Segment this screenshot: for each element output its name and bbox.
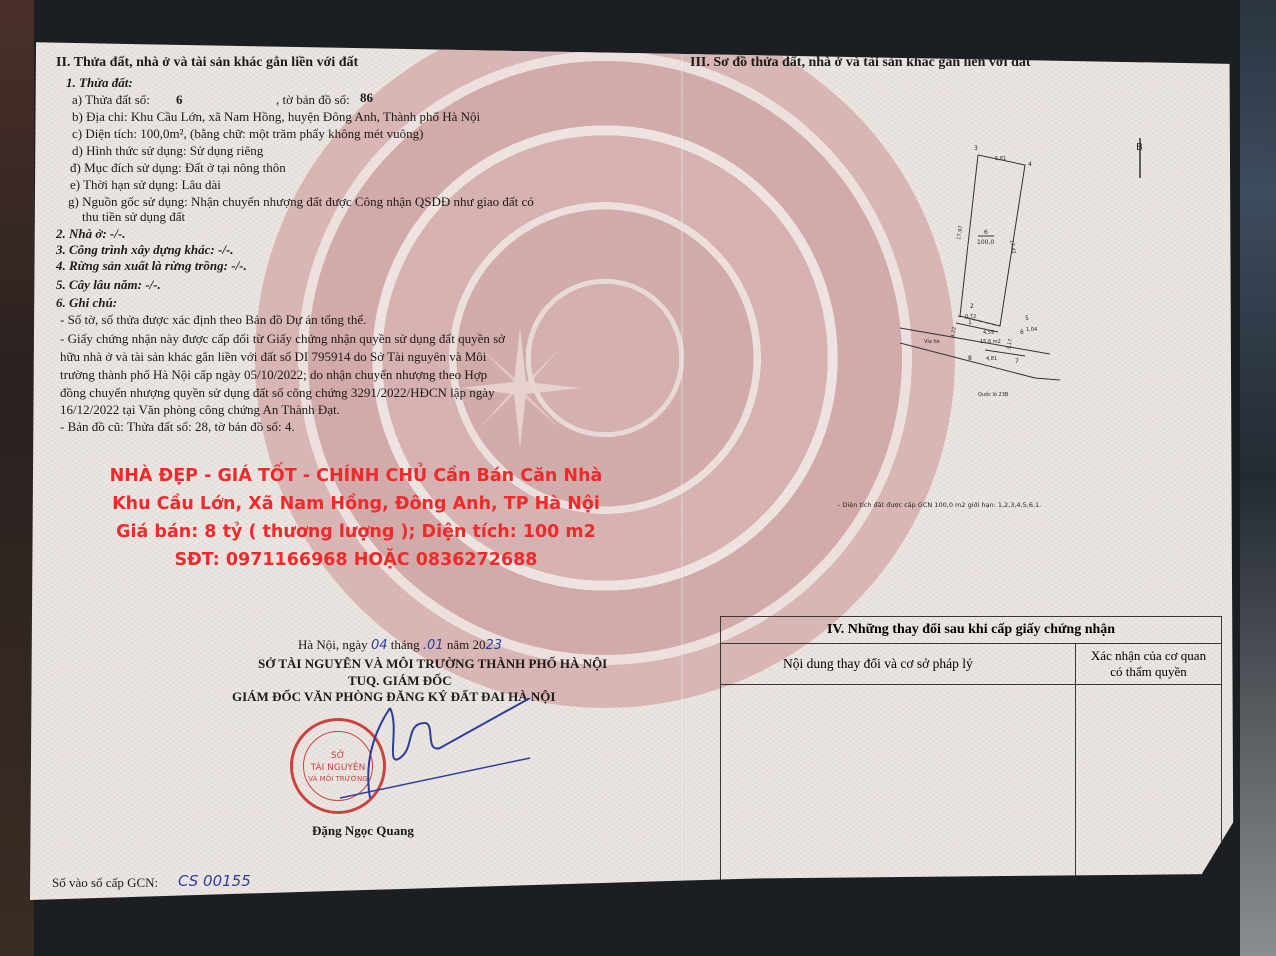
- svg-text:17,97: 17,97: [956, 225, 964, 240]
- signer-name: Đặng Ngọc Quang: [312, 822, 414, 839]
- origin-line-2: thu tiền sử dụng đất: [82, 208, 185, 225]
- svg-text:3: 3: [974, 145, 978, 152]
- svg-text:3,22: 3,22: [950, 326, 958, 338]
- usage-purpose-line: đ) Mục đích sử dụng: Đất ở tại nông thôn: [70, 159, 286, 176]
- house-line: 2. Nhà ở: -/-.: [56, 225, 125, 242]
- background-left: [0, 0, 34, 956]
- handwritten-signature: [330, 698, 550, 818]
- section3-title: III. Sơ đồ thửa đất, nhà ở và tài sản kh…: [690, 54, 1031, 71]
- section2-title: II. Thửa đất, nhà ở và tài sản khác gắn …: [56, 54, 358, 71]
- issue-month: .01: [423, 638, 444, 653]
- svg-text:17,42: 17,42: [1008, 239, 1016, 254]
- north-arrow-icon: B: [1136, 138, 1143, 178]
- svg-text:3,17: 3,17: [1006, 338, 1014, 350]
- map-sheet-label: , tờ bản đồ số:: [276, 91, 350, 108]
- svg-text:1,04: 1,04: [1026, 327, 1037, 333]
- col-authority-confirmation: Xác nhận của cơ quan có thẩm quyền: [1076, 644, 1221, 684]
- issue-year: 23: [485, 638, 502, 653]
- note-line: trường thành phố Hà Nội cấp ngày 05/10/2…: [60, 366, 487, 383]
- sale-advert: NHÀ ĐẸP - GIÁ TỐT - CHÍNH CHỦ Cần Bán Că…: [46, 462, 666, 574]
- map-sheet-value: 86: [360, 89, 373, 106]
- land-certificate-page: II. Thửa đất, nhà ở và tài sản khác gắn …: [30, 38, 1238, 900]
- perennial-line: 5. Cây lâu năm: -/-.: [56, 276, 161, 293]
- area-line: c) Diện tích: 100,0m², (bằng chữ: một tr…: [72, 125, 423, 142]
- registry-value: CS 00155: [178, 873, 251, 890]
- note-line: - Số tờ, số thửa được xác định theo Bản …: [60, 311, 366, 328]
- advert-line-2: Khu Cầu Lớn, Xã Nam Hồng, Đông Anh, TP H…: [46, 490, 666, 518]
- land-heading: 1. Thửa đất:: [66, 74, 133, 91]
- usage-form-line: d) Hình thức sử dụng: Sử dụng riêng: [72, 142, 263, 159]
- changes-table: IV. Những thay đổi sau khi cấp giấy chứn…: [720, 616, 1222, 900]
- changes-table-body: [721, 685, 1221, 897]
- forest-line: 4. Rừng sản xuất là rừng trồng: -/-.: [56, 257, 247, 274]
- other-works-line: 3. Công trình xây dựng khác: -/-.: [56, 241, 234, 258]
- svg-text:4: 4: [1028, 161, 1032, 168]
- proxy-title: TUQ. GIÁM ĐỐC: [348, 672, 452, 689]
- parcel-diagram: B 3 4 5,81 17,97 17,42 6 100,0 2 0,72 1 …: [860, 138, 1160, 418]
- svg-text:8: 8: [968, 355, 972, 362]
- svg-text:15,6 m2: 15,6 m2: [980, 339, 1001, 345]
- authority-cell: [1076, 685, 1221, 897]
- svg-text:6: 6: [1020, 329, 1024, 336]
- address-line: b) Địa chỉ: Khu Cầu Lớn, xã Nam Hồng, hu…: [72, 108, 480, 125]
- svg-text:1: 1: [968, 319, 972, 326]
- col-change-content: Nội dung thay đổi và cơ sở pháp lý: [721, 644, 1076, 684]
- svg-text:5: 5: [1025, 315, 1029, 322]
- svg-text:6: 6: [984, 229, 988, 236]
- svg-text:Quốc lộ 23B: Quốc lộ 23B: [978, 391, 1009, 398]
- registry-label: Số vào sổ cấp GCN:: [52, 874, 158, 891]
- note-line: 16/12/2022 tại Văn phòng công chứng An T…: [60, 401, 340, 418]
- issuing-department: SỞ TÀI NGUYÊN VÀ MÔI TRƯỜNG THÀNH PHỐ HÀ…: [258, 655, 607, 672]
- area-note: - Diện tích đất được cấp GCN 100,0 m2 gi…: [838, 501, 1041, 509]
- issue-day: 04: [371, 638, 388, 653]
- section4-title: IV. Những thay đổi sau khi cấp giấy chứn…: [721, 617, 1221, 644]
- svg-text:5,81: 5,81: [995, 156, 1006, 162]
- advert-line-3: Giá bán: 8 tỷ ( thương lượng ); Diện tíc…: [46, 518, 666, 546]
- change-content-cell: [721, 685, 1076, 897]
- parcel-number-value: 6: [176, 91, 183, 108]
- svg-text:2: 2: [970, 303, 974, 310]
- usage-term-line: e) Thời hạn sử dụng: Lâu dài: [70, 176, 221, 193]
- svg-text:4,81: 4,81: [986, 356, 997, 362]
- note-line: hữu nhà ở và tài sản khác gắn liền với đ…: [60, 348, 486, 365]
- advert-line-1: NHÀ ĐẸP - GIÁ TỐT - CHÍNH CHỦ Cần Bán Că…: [46, 462, 666, 490]
- svg-text:Vỉa hè: Vỉa hè: [924, 338, 940, 345]
- background-right: [1240, 0, 1276, 956]
- page-fold: [680, 38, 684, 900]
- issue-date: Hà Nội, ngày 04 tháng .01 năm 2023: [298, 636, 502, 654]
- changes-table-header: Nội dung thay đổi và cơ sở pháp lý Xác n…: [721, 644, 1221, 685]
- svg-text:7: 7: [1015, 358, 1019, 365]
- notes-heading: 6. Ghi chú:: [56, 294, 117, 311]
- svg-text:B: B: [1136, 142, 1143, 153]
- note-line: - Giấy chứng nhận này được cấp đổi từ Gi…: [60, 330, 505, 347]
- advert-phone[interactable]: SĐT: 0971166968 HOẶC 0836272688: [46, 546, 666, 574]
- svg-text:4,55: 4,55: [983, 330, 994, 336]
- svg-text:100,0: 100,0: [977, 239, 994, 246]
- note-line: - Bản đồ cũ: Thửa đất số: 28, tờ bản đồ …: [60, 418, 295, 435]
- note-line: đồng chuyển nhượng quyền sử dụng đất số …: [60, 384, 495, 401]
- parcel-number-label: a) Thửa đất số:: [72, 91, 150, 108]
